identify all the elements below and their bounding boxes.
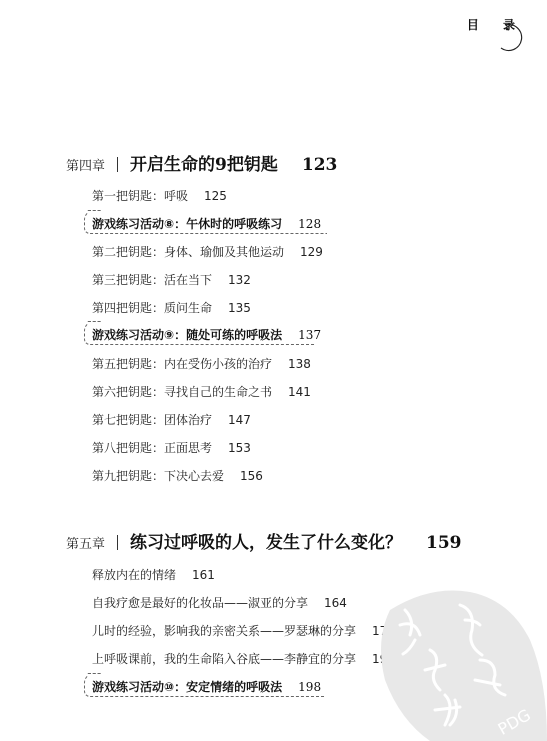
- toc-entry[interactable]: 第二把钥匙：身体、瑜伽及其他运动129: [92, 243, 323, 260]
- entry-label: 游戏练习活动⑩：安定情绪的呼吸法: [92, 680, 282, 694]
- watermark-seal-icon: PDG: [370, 580, 547, 741]
- toc-entry[interactable]: 第一把钥匙：呼吸125: [92, 187, 227, 204]
- chapter-title: 开启生命的9把钥匙: [130, 150, 278, 175]
- svg-text:PDG: PDG: [495, 705, 534, 739]
- entry-page: 156: [240, 469, 263, 483]
- entry-page: 141: [288, 385, 311, 399]
- entry-page: 135: [228, 301, 251, 315]
- toc-entry[interactable]: 第五把钥匙：内在受伤小孩的治疗138: [92, 355, 311, 372]
- chapter-page: 123: [302, 155, 338, 175]
- entry-page: 128: [298, 217, 321, 231]
- entry-page: 198: [298, 680, 321, 694]
- entry-label: 上呼吸课前，我的生命陷入谷底——李静宜的分享: [92, 652, 356, 666]
- entry-page: 138: [288, 357, 311, 371]
- entry-label: 自我疗愈是最好的化妆品——淑亚的分享: [92, 596, 308, 610]
- toc-entry-activity[interactable]: 游戏练习活动⑨：随处可练的呼吸法137: [92, 326, 321, 343]
- entry-label: 第九把钥匙：下决心去爱: [92, 469, 224, 483]
- toc-entry[interactable]: 儿时的经验，影响我的亲密关系——罗瑟琳的分享176: [92, 622, 395, 639]
- entry-page: 129: [300, 245, 323, 259]
- toc-entry-activity[interactable]: 游戏练习活动⑧：午休时的呼吸练习128: [92, 215, 321, 232]
- entry-label: 第三把钥匙：活在当下: [92, 273, 212, 287]
- entry-page: 153: [228, 441, 251, 455]
- entry-label: 第六把钥匙：寻找自己的生命之书: [92, 385, 272, 399]
- entry-page: 190: [372, 652, 395, 666]
- chapter-page: 159: [426, 533, 462, 553]
- entry-label: 第五把钥匙：内在受伤小孩的治疗: [92, 357, 272, 371]
- entry-label: 儿时的经验，影响我的亲密关系——罗瑟琳的分享: [92, 624, 356, 638]
- chapter-divider: [117, 535, 118, 550]
- toc-entry[interactable]: 第八把钥匙：正面思考153: [92, 439, 251, 456]
- entry-label: 游戏练习活动⑨：随处可练的呼吸法: [92, 328, 282, 342]
- toc-entry[interactable]: 第六把钥匙：寻找自己的生命之书141: [92, 383, 311, 400]
- entry-label: 第二把钥匙：身体、瑜伽及其他运动: [92, 245, 284, 259]
- toc-entry[interactable]: 第四把钥匙：质问生命135: [92, 299, 251, 316]
- chapter-heading[interactable]: 第四章 开启生命的9把钥匙 123: [66, 150, 337, 175]
- entry-label: 第四把钥匙：质问生命: [92, 301, 212, 315]
- toc-entry[interactable]: 释放内在的情绪161: [92, 566, 215, 583]
- entry-label: 第八把钥匙：正面思考: [92, 441, 212, 455]
- chapter-number: 第四章: [66, 155, 105, 174]
- entry-page: 137: [298, 328, 321, 342]
- toc-entry[interactable]: 自我疗愈是最好的化妆品——淑亚的分享164: [92, 594, 347, 611]
- entry-page: 164: [324, 596, 347, 610]
- entry-page: 125: [204, 189, 227, 203]
- entry-label: 第七把钥匙：团体治疗: [92, 413, 212, 427]
- entry-page: 176: [372, 624, 395, 638]
- entry-page: 147: [228, 413, 251, 427]
- entry-page: 132: [228, 273, 251, 287]
- toc-entry[interactable]: 第九把钥匙：下决心去爱156: [92, 467, 263, 484]
- chapter-title: 练习过呼吸的人，发生了什么变化？: [130, 528, 402, 553]
- entry-label: 第一把钥匙：呼吸: [92, 189, 188, 203]
- chapter-number: 第五章: [66, 533, 105, 552]
- chapter-heading[interactable]: 第五章 练习过呼吸的人，发生了什么变化？ 159: [66, 528, 462, 553]
- toc-entry[interactable]: 第三把钥匙：活在当下132: [92, 271, 251, 288]
- entry-label: 释放内在的情绪: [92, 568, 176, 582]
- entry-label: 游戏练习活动⑧：午休时的呼吸练习: [92, 217, 282, 231]
- toc-entry-activity[interactable]: 游戏练习活动⑩：安定情绪的呼吸法198: [92, 678, 321, 695]
- chapter-divider: [117, 157, 118, 172]
- entry-page: 161: [192, 568, 215, 582]
- page-title: 目 录: [467, 16, 525, 33]
- toc-entry[interactable]: 第七把钥匙：团体治疗147: [92, 411, 251, 428]
- toc-entry[interactable]: 上呼吸课前，我的生命陷入谷底——李静宜的分享190: [92, 650, 395, 667]
